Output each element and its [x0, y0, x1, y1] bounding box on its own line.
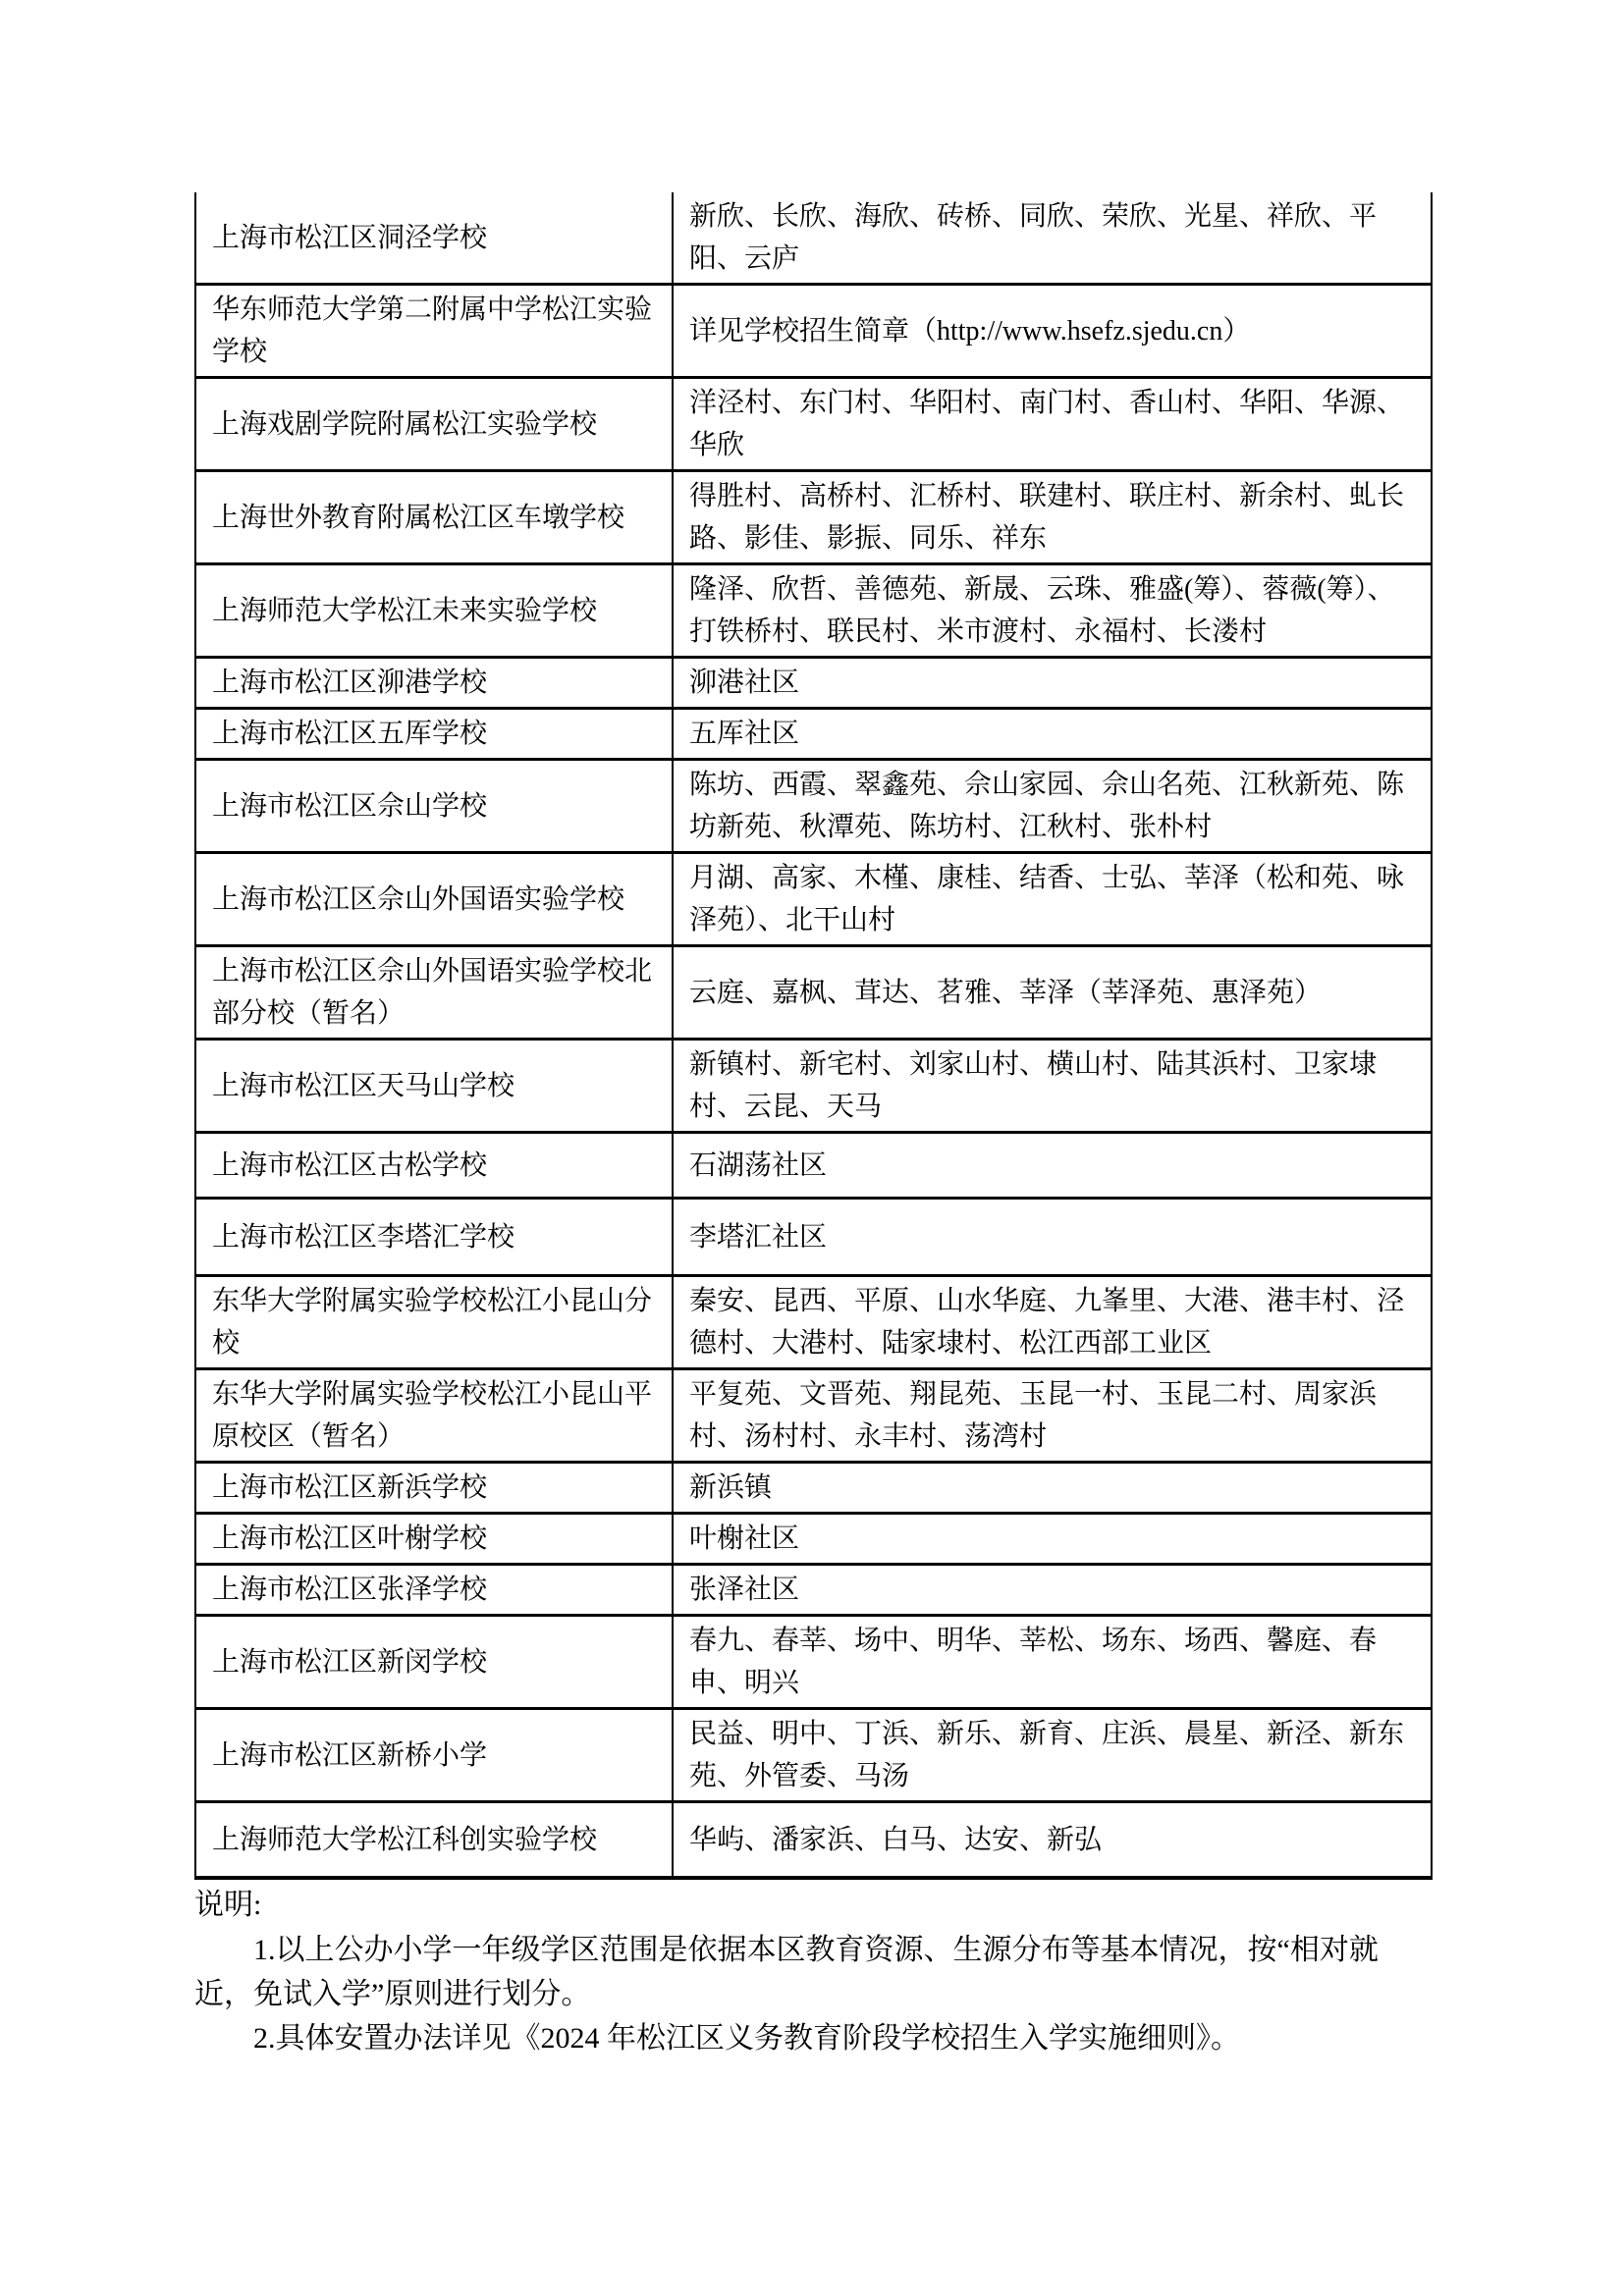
notes-heading: 说明: — [194, 1883, 1424, 1927]
school-name-cell: 上海市松江区佘山外国语实验学校北部分校（暂名） — [195, 946, 673, 1040]
school-name-cell: 东华大学附属实验学校松江小昆山平原校区（暂名） — [195, 1369, 673, 1463]
district-area-cell: 云庭、嘉枫、茸达、茗雅、莘泽（莘泽苑、惠泽苑） — [673, 946, 1432, 1040]
district-area-cell: 民益、明中、丁浜、新乐、新育、庄浜、晨星、新泾、新东苑、外管委、马汤 — [673, 1709, 1432, 1802]
district-area-cell: 新浜镇 — [673, 1463, 1432, 1514]
school-name-cell: 上海市松江区古松学校 — [195, 1133, 673, 1199]
table-row: 上海市松江区叶榭学校 叶榭社区 — [195, 1514, 1432, 1565]
table-row: 上海市松江区佘山外国语实验学校北部分校（暂名） 云庭、嘉枫、茸达、茗雅、莘泽（莘… — [195, 946, 1432, 1040]
school-district-table: 上海市松江区洞泾学校 新欣、长欣、海欣、砖桥、同欣、荣欣、光星、祥欣、平阳、云庐… — [194, 192, 1433, 1880]
table-row: 上海市松江区五厍学校 五厍社区 — [195, 709, 1432, 760]
district-area-cell: 新欣、长欣、海欣、砖桥、同欣、荣欣、光星、祥欣、平阳、云庐 — [673, 192, 1432, 285]
note-item-1: 1.以上公办小学一年级学区范围是依据本区教育资源、生源分布等基本情况，按“相对就… — [194, 1928, 1424, 2016]
school-name-cell: 上海戏剧学院附属松江实验学校 — [195, 378, 673, 471]
table-row: 上海市松江区佘山外国语实验学校 月湖、高家、木槿、康桂、结香、士弘、莘泽（松和苑… — [195, 853, 1432, 946]
school-name-cell: 上海市松江区新浜学校 — [195, 1463, 673, 1514]
notes-section: 说明: 1.以上公办小学一年级学区范围是依据本区教育资源、生源分布等基本情况，按… — [194, 1883, 1424, 2060]
district-area-cell: 叶榭社区 — [673, 1514, 1432, 1565]
school-name-cell: 上海市松江区佘山学校 — [195, 760, 673, 853]
school-name-cell: 上海师范大学松江未来实验学校 — [195, 564, 673, 658]
table-row: 上海师范大学松江科创实验学校 华屿、潘家浜、白马、达安、新弘 — [195, 1802, 1432, 1879]
table-row: 上海市松江区天马山学校 新镇村、新宅村、刘家山村、横山村、陆其浜村、卫家埭村、云… — [195, 1040, 1432, 1133]
school-name-cell: 上海市松江区新桥小学 — [195, 1709, 673, 1802]
table-row: 上海戏剧学院附属松江实验学校 洋泾村、东门村、华阳村、南门村、香山村、华阳、华源… — [195, 378, 1432, 471]
district-area-cell: 新镇村、新宅村、刘家山村、横山村、陆其浜村、卫家埭村、云昆、天马 — [673, 1040, 1432, 1133]
district-area-cell: 月湖、高家、木槿、康桂、结香、士弘、莘泽（松和苑、咏泽苑）、北干山村 — [673, 853, 1432, 946]
district-area-cell: 陈坊、西霞、翠鑫苑、佘山家园、佘山名苑、江秋新苑、陈坊新苑、秋潭苑、陈坊村、江秋… — [673, 760, 1432, 853]
school-name-cell: 东华大学附属实验学校松江小昆山分校 — [195, 1276, 673, 1369]
district-area-cell: 隆泽、欣哲、善德苑、新晟、云珠、雅盛(筹）、蓉薇(筹）、打铁桥村、联民村、米市渡… — [673, 564, 1432, 658]
school-name-cell: 华东师范大学第二附属中学松江实验学校 — [195, 285, 673, 378]
table-row: 上海市松江区洞泾学校 新欣、长欣、海欣、砖桥、同欣、荣欣、光星、祥欣、平阳、云庐 — [195, 192, 1432, 285]
table-row: 华东师范大学第二附属中学松江实验学校 详见学校招生简章（http://www.h… — [195, 285, 1432, 378]
district-area-cell: 李塔汇社区 — [673, 1199, 1432, 1276]
table-row: 东华大学附属实验学校松江小昆山平原校区（暂名） 平复苑、文晋苑、翔昆苑、玉昆一村… — [195, 1369, 1432, 1463]
table-row: 上海市松江区张泽学校 张泽社区 — [195, 1565, 1432, 1616]
school-name-cell: 上海市松江区洞泾学校 — [195, 192, 673, 285]
table-row: 上海师范大学松江未来实验学校 隆泽、欣哲、善德苑、新晟、云珠、雅盛(筹）、蓉薇(… — [195, 564, 1432, 658]
school-name-cell: 上海师范大学松江科创实验学校 — [195, 1802, 673, 1879]
table-row: 上海市松江区新闵学校 春九、春莘、场中、明华、莘松、场东、场西、馨庭、春申、明兴 — [195, 1616, 1432, 1709]
district-area-cell: 秦安、昆西、平原、山水华庭、九峯里、大港、港丰村、泾德村、大港村、陆家埭村、松江… — [673, 1276, 1432, 1369]
note-item-2: 2.具体安置办法详见《2024 年松江区义务教育阶段学校招生入学实施细则》。 — [194, 2016, 1424, 2060]
table-row: 上海市松江区古松学校 石湖荡社区 — [195, 1133, 1432, 1199]
district-area-cell: 详见学校招生简章（http://www.hsefz.sjedu.cn） — [673, 285, 1432, 378]
district-area-cell: 泖港社区 — [673, 658, 1432, 709]
school-name-cell: 上海市松江区五厍学校 — [195, 709, 673, 760]
school-name-cell: 上海市松江区泖港学校 — [195, 658, 673, 709]
school-name-cell: 上海市松江区佘山外国语实验学校 — [195, 853, 673, 946]
school-name-cell: 上海市松江区新闵学校 — [195, 1616, 673, 1709]
school-name-cell: 上海市松江区李塔汇学校 — [195, 1199, 673, 1276]
school-name-cell: 上海市松江区叶榭学校 — [195, 1514, 673, 1565]
district-area-cell: 石湖荡社区 — [673, 1133, 1432, 1199]
table-row: 上海市松江区新浜学校 新浜镇 — [195, 1463, 1432, 1514]
school-district-table-wrap: 上海市松江区洞泾学校 新欣、长欣、海欣、砖桥、同欣、荣欣、光星、祥欣、平阳、云庐… — [194, 192, 1433, 1880]
school-name-cell: 上海世外教育附属松江区车墩学校 — [195, 471, 673, 564]
district-area-cell: 春九、春莘、场中、明华、莘松、场东、场西、馨庭、春申、明兴 — [673, 1616, 1432, 1709]
document-page: 上海市松江区洞泾学校 新欣、长欣、海欣、砖桥、同欣、荣欣、光星、祥欣、平阳、云庐… — [0, 0, 1624, 2296]
district-area-cell: 张泽社区 — [673, 1565, 1432, 1616]
district-area-cell: 得胜村、高桥村、汇桥村、联建村、联庄村、新余村、虬长路、影佳、影振、同乐、祥东 — [673, 471, 1432, 564]
district-area-cell: 华屿、潘家浜、白马、达安、新弘 — [673, 1802, 1432, 1879]
district-area-cell: 平复苑、文晋苑、翔昆苑、玉昆一村、玉昆二村、周家浜村、汤村村、永丰村、荡湾村 — [673, 1369, 1432, 1463]
table-row: 上海世外教育附属松江区车墩学校 得胜村、高桥村、汇桥村、联建村、联庄村、新余村、… — [195, 471, 1432, 564]
district-area-cell: 五厍社区 — [673, 709, 1432, 760]
table-row: 上海市松江区佘山学校 陈坊、西霞、翠鑫苑、佘山家园、佘山名苑、江秋新苑、陈坊新苑… — [195, 760, 1432, 853]
table-row: 上海市松江区李塔汇学校 李塔汇社区 — [195, 1199, 1432, 1276]
school-name-cell: 上海市松江区张泽学校 — [195, 1565, 673, 1616]
table-row: 东华大学附属实验学校松江小昆山分校 秦安、昆西、平原、山水华庭、九峯里、大港、港… — [195, 1276, 1432, 1369]
table-row: 上海市松江区泖港学校 泖港社区 — [195, 658, 1432, 709]
district-area-cell: 洋泾村、东门村、华阳村、南门村、香山村、华阳、华源、华欣 — [673, 378, 1432, 471]
school-name-cell: 上海市松江区天马山学校 — [195, 1040, 673, 1133]
table-row: 上海市松江区新桥小学 民益、明中、丁浜、新乐、新育、庄浜、晨星、新泾、新东苑、外… — [195, 1709, 1432, 1802]
